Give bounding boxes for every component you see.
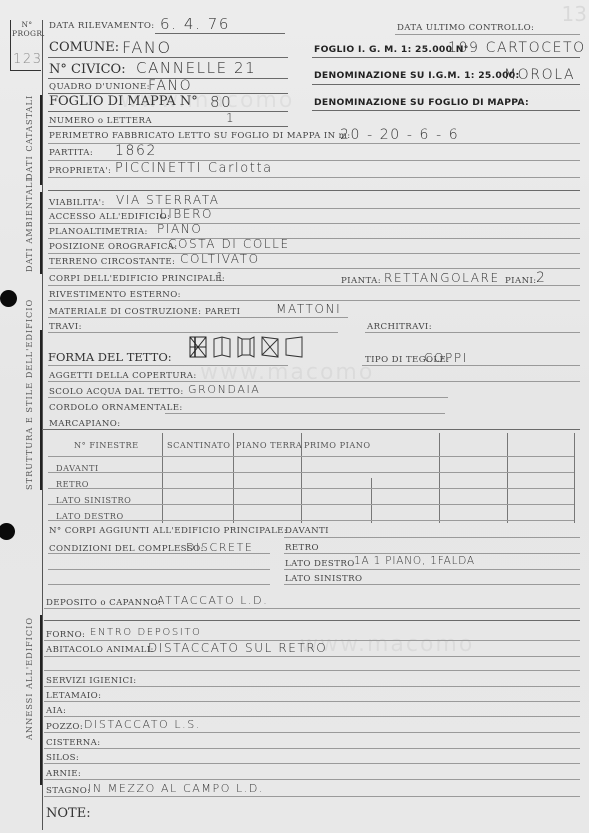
corner-mark: 13: [562, 2, 587, 26]
binder-hole: [0, 523, 15, 540]
table-col-divider: [371, 478, 372, 523]
binder-hole: [0, 290, 17, 307]
cisterna-label: CISTERNA:: [46, 738, 101, 748]
underline: [284, 584, 580, 585]
table-header: PIANO TERRA: [236, 440, 302, 450]
aggetti-label: AGGETTI DELLA COPERTURA:: [49, 371, 197, 381]
tetto-label: FORMA DEL TETTO:: [48, 350, 172, 364]
underline: [48, 268, 580, 269]
underline: [48, 238, 580, 239]
marcapiano-label: MARCAPIANO:: [49, 419, 121, 429]
proprieta-value[interactable]: PICCINETTI Carlotta: [115, 161, 273, 176]
terreno-value[interactable]: COLTIVATO: [180, 252, 260, 266]
plano-label: PLANOALTIMETRIA:: [49, 227, 148, 237]
denom-igm-value[interactable]: MOROLA: [504, 67, 575, 83]
roof-cross-icon[interactable]: [261, 336, 279, 358]
posizione-label: POSIZIONE OROGRAFICA:: [49, 242, 178, 252]
servizi-label: SERVIZI IGIENICI:: [46, 676, 137, 686]
lato-sinistro-label: LATO SINISTRO: [285, 574, 362, 584]
data-rilevamento-label: DATA RILEVAMENTO:: [49, 21, 155, 31]
underline: [48, 569, 270, 570]
underline: [44, 763, 580, 764]
underline: [44, 716, 580, 717]
underline: [44, 670, 580, 671]
underline: [44, 732, 580, 733]
table-rule: [48, 488, 574, 489]
viabilita-value[interactable]: VIA STERRATA: [116, 193, 220, 207]
underline: [48, 208, 580, 209]
left-margin-line: [42, 20, 43, 830]
retro-label: RETRO: [285, 543, 319, 553]
denom-foglio-label: DENOMINAZIONE SU FOGLIO DI MAPPA:: [314, 97, 529, 108]
underline: [44, 779, 580, 780]
igm-label: FOGLIO I. G. M. 1: 25.000 N°: [314, 44, 469, 55]
underline: [48, 111, 288, 112]
underline: [312, 84, 580, 85]
pozzo-value[interactable]: DISTACCATO L.S.: [84, 718, 201, 731]
numero-label: NUMERO o LETTERA: [49, 116, 152, 126]
table-col-divider: [233, 433, 234, 523]
abitacolo-label: ABITACOLO ANIMALI:: [46, 645, 154, 655]
underline: [44, 796, 580, 797]
scolo-value[interactable]: GRONDAIA: [188, 383, 260, 396]
section-divider: [48, 190, 580, 191]
table-col-divider: [507, 433, 508, 523]
bracket-catastali: [40, 95, 42, 185]
comune-label: COMUNE:: [49, 40, 119, 55]
stagno-label: STAGNO:: [46, 786, 90, 796]
underline: [48, 584, 270, 585]
travi-label: TRAVI:: [49, 322, 82, 332]
cordolo-label: CORDOLO ORNAMENTALE:: [49, 403, 183, 413]
civico-value[interactable]: CANNELLE 21: [136, 59, 256, 77]
bracket-annessi: [40, 615, 42, 785]
underline: [365, 332, 580, 333]
denom-igm-label: DENOMINAZIONE SU I.G.M. 1: 25.000:: [314, 70, 519, 81]
section-label-catastali: DATI CATASTALI: [24, 95, 34, 180]
underline: [284, 569, 580, 570]
underline: [362, 365, 580, 366]
architravi-label: ARCHITRAVI:: [367, 322, 432, 332]
scolo-label: SCOLO ACQUA DAL TETTO:: [49, 387, 184, 397]
table-rule: [48, 504, 574, 505]
pianta-value[interactable]: RETTANGOLARE: [384, 271, 500, 285]
underline: [48, 365, 288, 366]
silos-label: SILOS:: [46, 753, 79, 763]
underline: [48, 126, 288, 127]
roof-gable-icon[interactable]: [213, 336, 231, 358]
underline: [48, 553, 270, 554]
igm-value[interactable]: 109 CARTOCETO: [448, 40, 586, 56]
note-label: NOTE:: [46, 806, 91, 821]
table-rule: [48, 456, 574, 457]
data-rilevamento-value[interactable]: 6. 4. 76: [160, 15, 230, 33]
underline: [284, 553, 580, 554]
civico-label: N° CIVICO:: [49, 62, 126, 77]
viabilita-label: VIABILITA':: [49, 198, 105, 208]
corpi-label: CORPI DELL'EDIFICIO PRINCIPALE:: [49, 274, 225, 284]
materiale-label: MATERIALE DI COSTRUZIONE:: [49, 307, 201, 317]
arnie-label: ARNIE:: [46, 769, 81, 779]
davanti-label: DAVANTI: [285, 526, 329, 536]
underline: [44, 701, 580, 702]
lato-destro-label: LATO DESTRO: [285, 559, 355, 569]
underline: [44, 656, 580, 657]
deposito-value[interactable]: ATTACCATO L.D.: [157, 594, 268, 607]
stagno-value[interactable]: IN MEZZO AL CAMPO L.D.: [88, 782, 264, 795]
underline: [48, 285, 580, 286]
accesso-value[interactable]: LIBERO: [160, 207, 213, 221]
underline: [48, 397, 448, 398]
underline: [48, 253, 580, 254]
section-divider: [44, 620, 580, 621]
tegole-value[interactable]: COPPI: [424, 351, 468, 365]
perimetro-value[interactable]: 20 - 20 - 6 - 6: [340, 127, 459, 143]
perimetro-label: PERIMETRO FABBRICATO LETTO SU FOGLIO DI …: [49, 131, 351, 141]
pozzo-label: POZZO:: [46, 722, 83, 732]
underline: [155, 33, 285, 34]
abitacolo-value[interactable]: DISTACCATO SUL RETRO: [148, 641, 327, 655]
proprieta-label: PROPRIETA':: [49, 166, 111, 176]
underline: [284, 537, 580, 538]
roof-double-gable-icon[interactable]: [237, 336, 255, 358]
data-ultimo-controllo-label: DATA ULTIMO CONTROLLO:: [397, 23, 534, 33]
corpi-value[interactable]: 1: [216, 270, 225, 284]
posizione-value[interactable]: COSTA DI COLLE: [168, 237, 290, 251]
underline: [44, 748, 580, 749]
aia-label: AIA:: [46, 706, 66, 716]
table-col-divider: [439, 433, 440, 523]
pareti-value[interactable]: MATTONI: [276, 302, 341, 316]
partita-value[interactable]: 1862: [115, 143, 157, 159]
table-header: N° FINESTRE: [74, 440, 139, 450]
rivestimento-label: RIVESTIMENTO ESTERNO:: [49, 290, 181, 300]
bracket-struttura: [40, 330, 42, 490]
underline: [165, 413, 445, 414]
foglio-label: FOGLIO DI MAPPA N°: [49, 94, 198, 109]
underline: [312, 110, 580, 111]
comune-value[interactable]: FANO: [122, 38, 172, 57]
letamaio-label: LETAMAIO:: [46, 691, 101, 701]
underline: [395, 34, 580, 35]
underline: [48, 317, 348, 318]
deposito-label: DEPOSITO o CAPANNO:: [46, 598, 161, 608]
quadro-value[interactable]: FANO: [148, 78, 192, 94]
lato-destro-value[interactable]: 1A 1 PIANO, 1FALDA: [354, 555, 475, 567]
roof-shed-icon[interactable]: [285, 336, 303, 358]
section-label-ambientali: DATI AMBIENTALI: [24, 177, 34, 272]
table-header: SCANTINATO: [167, 440, 230, 450]
partita-label: PARTITA:: [49, 148, 93, 158]
forno-value[interactable]: ENTRO DEPOSITO: [90, 627, 202, 638]
roof-hip-icon-selected[interactable]: [189, 336, 207, 358]
corpi-aggiunti-label: N° CORPI AGGIUNTI ALL'EDIFICIO PRINCIPAL…: [49, 526, 287, 536]
plano-value[interactable]: PIANO: [157, 222, 202, 236]
table-col-divider: [162, 433, 163, 523]
underline: [44, 608, 580, 609]
underline: [42, 429, 580, 430]
underline: [44, 686, 580, 687]
underline: [48, 300, 580, 301]
forno-label: FORNO:: [46, 630, 85, 640]
accesso-label: ACCESSO ALL'EDIFICIO:: [49, 212, 170, 222]
piani-value[interactable]: 2: [536, 270, 547, 286]
table-col-divider: [574, 433, 575, 523]
prog-label: N° PROGR.: [12, 20, 42, 38]
roof-shape-options: [189, 336, 303, 358]
pareti-label: PARETI: [205, 307, 240, 317]
underline: [48, 332, 338, 333]
table-header: PRIMO PIANO: [304, 440, 371, 450]
table-rule: [48, 472, 574, 473]
numero-value[interactable]: 1: [226, 111, 235, 125]
underline: [312, 57, 580, 58]
quadro-label: QUADRO D'UNIONE:: [49, 82, 150, 92]
underline: [48, 177, 580, 178]
survey-form-page: 13 www.macomo www.macomo www.macomo N° P…: [0, 0, 589, 833]
prog-value[interactable]: 123: [13, 52, 43, 67]
underline: [48, 223, 580, 224]
underline: [48, 381, 580, 382]
bracket-ambientali: [40, 192, 42, 274]
section-label-annessi: ANNESSI ALL'EDIFICIO: [24, 617, 34, 740]
underline: [48, 57, 288, 58]
terreno-label: TERRENO CIRCOSTANTE:: [49, 257, 175, 267]
section-label-struttura: STRUTTURA E STILE DELL'EDIFICIO: [24, 299, 34, 490]
table-rule: [48, 520, 574, 521]
foglio-value[interactable]: 80: [210, 93, 232, 111]
